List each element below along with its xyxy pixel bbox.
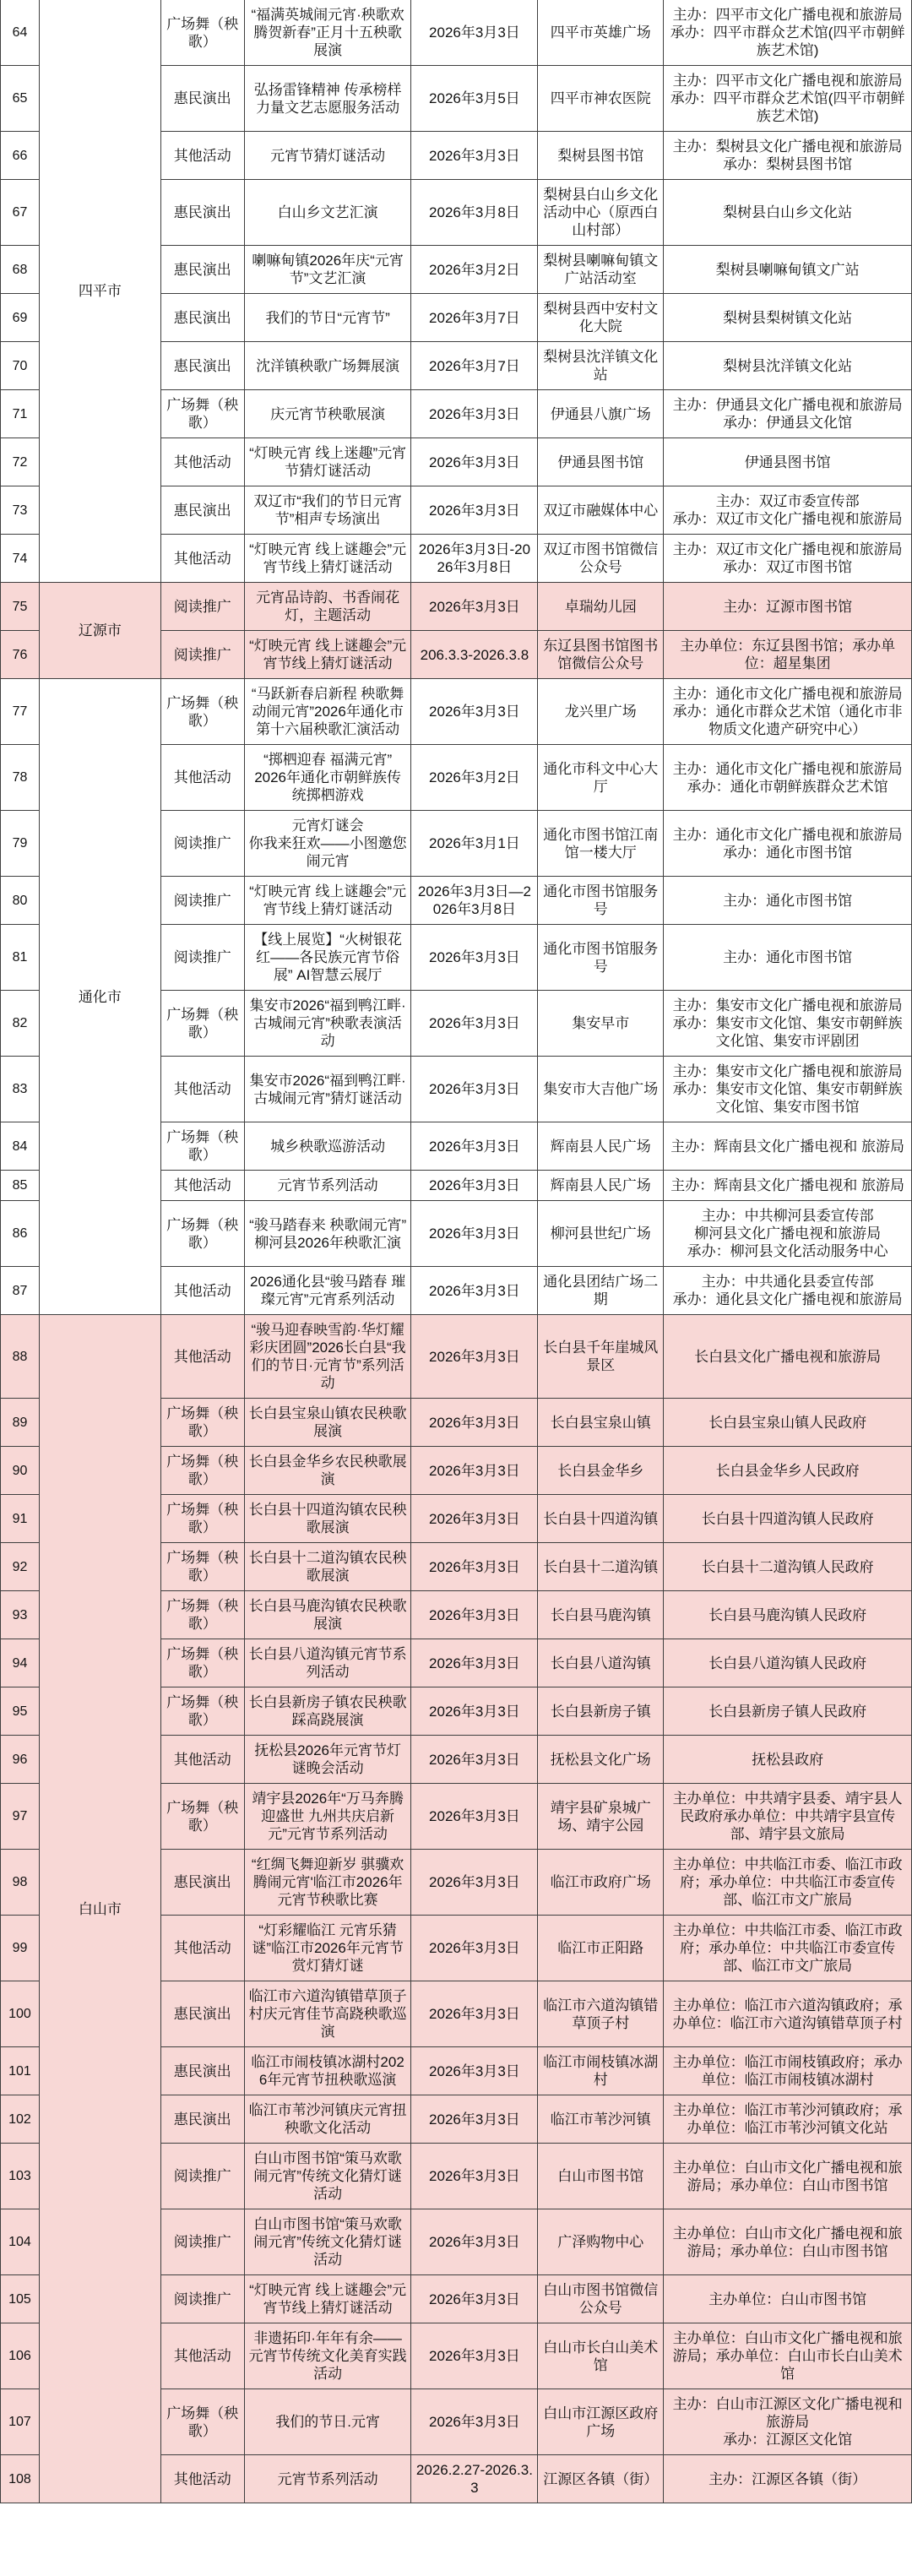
organizer-cell: 主办：集安市文化广播电视和旅游局 承办：集安市文化馆、集安市朝鲜族文化馆、集安市… bbox=[664, 1057, 912, 1122]
organizer-cell: 主办单位：临江市闹枝镇政府；承办单位：临江市闹枝镇冰湖村 bbox=[664, 2047, 912, 2095]
row-number-cell: 83 bbox=[1, 1057, 40, 1122]
date-cell: 2026.2.27-2026.3.3 bbox=[411, 2455, 538, 2503]
activity-type-cell: 广场舞（秧歌） bbox=[160, 1687, 244, 1736]
venue-cell: 白山市长白山美术馆 bbox=[538, 2323, 664, 2389]
organizer-cell: 梨树县沈洋镇文化站 bbox=[664, 342, 912, 390]
venue-cell: 伊通县八旗广场 bbox=[538, 390, 664, 438]
organizer-cell: 主办：辉南县文化广播电视和 旅游局 bbox=[664, 1171, 912, 1201]
organizer-cell: 主办单位：白山市文化广播电视和旅游局；承办单位：白山市图书馆 bbox=[664, 2209, 912, 2275]
organizer-cell: 主办：梨树县文化广播电视和旅游局 承办：梨树县图书馆 bbox=[664, 132, 912, 180]
activity-type-cell: 其他活动 bbox=[160, 1916, 244, 1981]
row-number-cell: 95 bbox=[1, 1687, 40, 1736]
table-row: 88白山市其他活动“骏马迎春映雪韵·华灯耀彩庆团圆”2026长白县“我们的节日·… bbox=[1, 1315, 912, 1399]
organizer-cell: 长白县八道沟镇人民政府 bbox=[664, 1639, 912, 1687]
organizer-cell: 长白县十四道沟镇人民政府 bbox=[664, 1495, 912, 1543]
events-table: 64四平市广场舞（秧歌）“福满英城闹元宵·秧歌欢腾贺新春”正月十五秧歌展演202… bbox=[0, 0, 912, 2503]
activity-name-cell: 长白县金华乡农民秧歌展演 bbox=[244, 1447, 411, 1495]
venue-cell: 白山市江源区政府广场 bbox=[538, 2389, 664, 2455]
table-row: 77通化市广场舞（秧歌）“马跃新春启新程 秧歌舞动闹元宵”2026年通化市第十六… bbox=[1, 679, 912, 745]
activity-name-cell: 弘扬雷锋精神 传承榜样力量文艺志愿服务活动 bbox=[244, 66, 411, 132]
venue-cell: 龙兴里广场 bbox=[538, 679, 664, 745]
activity-type-cell: 阅读推广 bbox=[160, 631, 244, 679]
activity-type-cell: 惠民演出 bbox=[160, 2047, 244, 2095]
row-number-cell: 71 bbox=[1, 390, 40, 438]
activity-name-cell: 我们的节日.元宵 bbox=[244, 2389, 411, 2455]
organizer-cell: 长白县金华乡人民政府 bbox=[664, 1447, 912, 1495]
organizer-cell: 主办：通化市文化广播电视和旅游局 承办：通化市朝鲜族群众艺术馆 bbox=[664, 745, 912, 811]
venue-cell: 集安市大吉他广场 bbox=[538, 1057, 664, 1122]
venue-cell: 抚松县文化广场 bbox=[538, 1736, 664, 1784]
date-cell: 2026年3月3日-2026年3月8日 bbox=[411, 535, 538, 583]
organizer-cell: 长白县马鹿沟镇人民政府 bbox=[664, 1591, 912, 1639]
page: 64四平市广场舞（秧歌）“福满英城闹元宵·秧歌欢腾贺新春”正月十五秧歌展演202… bbox=[0, 0, 912, 2576]
activity-type-cell: 其他活动 bbox=[160, 1267, 244, 1315]
organizer-cell: 主办：通化市文化广播电视和旅游局 承办：通化市图书馆 bbox=[664, 811, 912, 877]
city-cell: 辽源市 bbox=[39, 583, 160, 679]
date-cell: 2026年3月2日 bbox=[411, 745, 538, 811]
organizer-cell: 主办单位：临江市苇沙河镇政府；承办单位：临江市苇沙河镇文化站 bbox=[664, 2095, 912, 2144]
venue-cell: 梨树县西中安村文化大院 bbox=[538, 294, 664, 342]
venue-cell: 柳河县世纪广场 bbox=[538, 1201, 664, 1267]
venue-cell: 辉南县人民广场 bbox=[538, 1171, 664, 1201]
organizer-cell: 主办：通化市图书馆 bbox=[664, 925, 912, 991]
venue-cell: 江源区各镇（街） bbox=[538, 2455, 664, 2503]
activity-name-cell: 长白县十二道沟镇农民秧歌展演 bbox=[244, 1543, 411, 1591]
row-number-cell: 78 bbox=[1, 745, 40, 811]
organizer-cell: 主办单位：临江市六道沟镇政府；承办单位：临江市六道沟镇错草顶子村 bbox=[664, 1981, 912, 2047]
activity-name-cell: 长白县十四道沟镇农民秧歌展演 bbox=[244, 1495, 411, 1543]
venue-cell: 白山市图书馆 bbox=[538, 2144, 664, 2209]
organizer-cell: 主办单位：中共临江市委、临江市政府；承办单位：中共临江市委宣传部、临江市文广旅局 bbox=[664, 1850, 912, 1916]
activity-name-cell: 2026通化县“骏马踏春 璀璨元宵”元宵系列活动 bbox=[244, 1267, 411, 1315]
organizer-cell: 主办：四平市文化广播电视和旅游局 承办：四平市群众艺术馆(四平市朝鲜族艺术馆) bbox=[664, 0, 912, 66]
venue-cell: 靖宇县矿泉城广场、靖宇公园 bbox=[538, 1784, 664, 1850]
organizer-cell: 主办：辉南县文化广播电视和 旅游局 bbox=[664, 1122, 912, 1171]
organizer-cell: 主办：伊通县文化广播电视和旅游局 承办：伊通县文化馆 bbox=[664, 390, 912, 438]
activity-type-cell: 广场舞（秧歌） bbox=[160, 1201, 244, 1267]
venue-cell: 长白县马鹿沟镇 bbox=[538, 1591, 664, 1639]
activity-name-cell: “灯映元宵 线上谜趣会”元宵节线上猜灯谜活动 bbox=[244, 877, 411, 925]
date-cell: 2026年3月3日 bbox=[411, 1267, 538, 1315]
date-cell: 2026年3月3日—2026年3月8日 bbox=[411, 877, 538, 925]
date-cell: 2026年3月5日 bbox=[411, 66, 538, 132]
activity-type-cell: 广场舞（秧歌） bbox=[160, 991, 244, 1057]
city-cell: 通化市 bbox=[39, 679, 160, 1315]
date-cell: 2026年3月3日 bbox=[411, 1447, 538, 1495]
venue-cell: 广泽购物中心 bbox=[538, 2209, 664, 2275]
organizer-cell: 主办单位：白山市文化广播电视和旅游局；承办单位：白山市图书馆 bbox=[664, 2144, 912, 2209]
activity-type-cell: 广场舞（秧歌） bbox=[160, 1784, 244, 1850]
venue-cell: 长白县十二道沟镇 bbox=[538, 1543, 664, 1591]
row-number-cell: 98 bbox=[1, 1850, 40, 1916]
row-number-cell: 87 bbox=[1, 1267, 40, 1315]
date-cell: 2026年3月3日 bbox=[411, 925, 538, 991]
activity-type-cell: 其他活动 bbox=[160, 132, 244, 180]
venue-cell: 东辽县图书馆图书馆微信公众号 bbox=[538, 631, 664, 679]
date-cell: 2026年3月2日 bbox=[411, 246, 538, 294]
activity-type-cell: 阅读推广 bbox=[160, 2209, 244, 2275]
venue-cell: 长白县宝泉山镇 bbox=[538, 1399, 664, 1447]
venue-cell: 长白县千年崖城风景区 bbox=[538, 1315, 664, 1399]
venue-cell: 临江市政府广场 bbox=[538, 1850, 664, 1916]
date-cell: 2026年3月3日 bbox=[411, 2047, 538, 2095]
activity-name-cell: 喇嘛甸镇2026年庆“元宵节”文艺汇演 bbox=[244, 246, 411, 294]
row-number-cell: 76 bbox=[1, 631, 40, 679]
activity-name-cell: 临江市六道沟镇错草顶子村庆元宵佳节高跷秧歌巡演 bbox=[244, 1981, 411, 2047]
venue-cell: 临江市正阳路 bbox=[538, 1916, 664, 1981]
activity-name-cell: 元宵节猜灯谜活动 bbox=[244, 132, 411, 180]
city-cell: 四平市 bbox=[39, 0, 160, 583]
activity-type-cell: 广场舞（秧歌） bbox=[160, 1447, 244, 1495]
row-number-cell: 73 bbox=[1, 486, 40, 535]
table-row: 64四平市广场舞（秧歌）“福满英城闹元宵·秧歌欢腾贺新春”正月十五秧歌展演202… bbox=[1, 0, 912, 66]
activity-type-cell: 其他活动 bbox=[160, 1736, 244, 1784]
row-number-cell: 106 bbox=[1, 2323, 40, 2389]
organizer-cell: 主办：中共通化县委宣传部 承办：通化县文化广播电视和旅游局 bbox=[664, 1267, 912, 1315]
venue-cell: 梨树县图书馆 bbox=[538, 132, 664, 180]
row-number-cell: 75 bbox=[1, 583, 40, 631]
activity-type-cell: 惠民演出 bbox=[160, 1850, 244, 1916]
activity-type-cell: 其他活动 bbox=[160, 535, 244, 583]
organizer-cell: 主办：白山市江源区文化广播电视和旅游局 承办：江源区文化馆 bbox=[664, 2389, 912, 2455]
row-number-cell: 93 bbox=[1, 1591, 40, 1639]
activity-type-cell: 惠民演出 bbox=[160, 294, 244, 342]
activity-type-cell: 广场舞（秧歌） bbox=[160, 0, 244, 66]
venue-cell: 长白县新房子镇 bbox=[538, 1687, 664, 1736]
row-number-cell: 90 bbox=[1, 1447, 40, 1495]
venue-cell: 梨树县白山乡文化活动中心（原西白山村部） bbox=[538, 180, 664, 246]
venue-cell: 双辽市融媒体中心 bbox=[538, 486, 664, 535]
venue-cell: 通化县团结广场二期 bbox=[538, 1267, 664, 1315]
activity-name-cell: 长白县八道沟镇元宵节系列活动 bbox=[244, 1639, 411, 1687]
venue-cell: 通化市图书馆服务号 bbox=[538, 877, 664, 925]
activity-type-cell: 惠民演出 bbox=[160, 342, 244, 390]
activity-name-cell: 我们的节日“元宵节” bbox=[244, 294, 411, 342]
date-cell: 2026年3月3日 bbox=[411, 1784, 538, 1850]
venue-cell: 梨树县沈洋镇文化站 bbox=[538, 342, 664, 390]
organizer-cell: 主办：四平市文化广播电视和旅游局 承办：四平市群众艺术馆(四平市朝鲜族艺术馆) bbox=[664, 66, 912, 132]
activity-name-cell: 白山市图书馆“策马欢歌闹元宵”传统文化猜灯谜活动 bbox=[244, 2209, 411, 2275]
date-cell: 2026年3月3日 bbox=[411, 2275, 538, 2323]
row-number-cell: 68 bbox=[1, 246, 40, 294]
row-number-cell: 92 bbox=[1, 1543, 40, 1591]
venue-cell: 临江市闹枝镇冰湖村 bbox=[538, 2047, 664, 2095]
row-number-cell: 88 bbox=[1, 1315, 40, 1399]
row-number-cell: 91 bbox=[1, 1495, 40, 1543]
activity-name-cell: 元宵灯谜会 你我来狂欢——小图邀您闹元宵 bbox=[244, 811, 411, 877]
activity-type-cell: 其他活动 bbox=[160, 1171, 244, 1201]
venue-cell: 白山市图书馆微信公众号 bbox=[538, 2275, 664, 2323]
row-number-cell: 97 bbox=[1, 1784, 40, 1850]
row-number-cell: 80 bbox=[1, 877, 40, 925]
venue-cell: 长白县八道沟镇 bbox=[538, 1639, 664, 1687]
organizer-cell: 抚松县政府 bbox=[664, 1736, 912, 1784]
date-cell: 2026年3月3日 bbox=[411, 0, 538, 66]
row-number-cell: 79 bbox=[1, 811, 40, 877]
row-number-cell: 67 bbox=[1, 180, 40, 246]
organizer-cell: 主办单位：东辽县图书馆；承办单位：超星集团 bbox=[664, 631, 912, 679]
row-number-cell: 81 bbox=[1, 925, 40, 991]
activity-type-cell: 惠民演出 bbox=[160, 486, 244, 535]
date-cell: 2026年3月3日 bbox=[411, 1687, 538, 1736]
date-cell: 2026年3月3日 bbox=[411, 583, 538, 631]
organizer-cell: 主办单位：中共临江市委、临江市政府；承办单位：中共临江市委宣传部、临江市文广旅局 bbox=[664, 1916, 912, 1981]
activity-type-cell: 惠民演出 bbox=[160, 1981, 244, 2047]
activity-name-cell: 长白县宝泉山镇农民秧歌展演 bbox=[244, 1399, 411, 1447]
activity-name-cell: 白山市图书馆“策马欢歌闹元宵”传统文化猜灯谜活动 bbox=[244, 2144, 411, 2209]
date-cell: 2026年3月3日 bbox=[411, 1171, 538, 1201]
activity-name-cell: 集安市2026“福到鸭江畔·古城闹元宵”猜灯谜活动 bbox=[244, 1057, 411, 1122]
date-cell: 2026年3月3日 bbox=[411, 1850, 538, 1916]
date-cell: 2026年3月3日 bbox=[411, 1639, 538, 1687]
date-cell: 2026年3月3日 bbox=[411, 1591, 538, 1639]
activity-name-cell: “掷柶迎春 福满元宵” 2026年通化市朝鲜族传统掷柶游戏 bbox=[244, 745, 411, 811]
row-number-cell: 85 bbox=[1, 1171, 40, 1201]
organizer-cell: 主办：辽源市图书馆 bbox=[664, 583, 912, 631]
activity-name-cell: 靖宇县2026年“万马奔腾迎盛世 九州共庆启新元”元宵节系列活动 bbox=[244, 1784, 411, 1850]
row-number-cell: 66 bbox=[1, 132, 40, 180]
activity-name-cell: 双辽市“我们的节日元宵节”相声专场演出 bbox=[244, 486, 411, 535]
organizer-cell: 主办：通化市图书馆 bbox=[664, 877, 912, 925]
activity-type-cell: 其他活动 bbox=[160, 2323, 244, 2389]
organizer-cell: 主办：双辽市委宣传部 承办：双辽市文化广播电视和旅游局 bbox=[664, 486, 912, 535]
row-number-cell: 104 bbox=[1, 2209, 40, 2275]
venue-cell: 通化市图书馆江南馆一楼大厅 bbox=[538, 811, 664, 877]
activity-name-cell: 元宵节系列活动 bbox=[244, 2455, 411, 2503]
activity-name-cell: “骏马迎春映雪韵·华灯耀彩庆团圆”2026长白县“我们的节日·元宵节”系列活动 bbox=[244, 1315, 411, 1399]
row-number-cell: 64 bbox=[1, 0, 40, 66]
venue-cell: 卓瑞幼儿园 bbox=[538, 583, 664, 631]
venue-cell: 辉南县人民广场 bbox=[538, 1122, 664, 1171]
date-cell: 2026年3月1日 bbox=[411, 811, 538, 877]
table-row: 75辽源市阅读推广元宵品诗韵、书香闹花灯，主题活动2026年3月3日卓瑞幼儿园主… bbox=[1, 583, 912, 631]
activity-name-cell: 沈洋镇秧歌广场舞展演 bbox=[244, 342, 411, 390]
activity-type-cell: 其他活动 bbox=[160, 438, 244, 486]
activity-type-cell: 阅读推广 bbox=[160, 2144, 244, 2209]
date-cell: 2026年3月3日 bbox=[411, 1916, 538, 1981]
venue-cell: 四平市神农医院 bbox=[538, 66, 664, 132]
activity-type-cell: 惠民演出 bbox=[160, 66, 244, 132]
row-number-cell: 89 bbox=[1, 1399, 40, 1447]
date-cell: 2026年3月3日 bbox=[411, 1399, 538, 1447]
activity-name-cell: 长白县马鹿沟镇农民秧歌展演 bbox=[244, 1591, 411, 1639]
activity-name-cell: “灯映元宵 线上迷趣”元宵节猜灯谜活动 bbox=[244, 438, 411, 486]
activity-name-cell: “福满英城闹元宵·秧歌欢腾贺新春”正月十五秧歌展演 bbox=[244, 0, 411, 66]
date-cell: 2026年3月7日 bbox=[411, 294, 538, 342]
activity-name-cell: “骏马踏春来 秧歌闹元宵” 柳河县2026年秧歌汇演 bbox=[244, 1201, 411, 1267]
activity-type-cell: 其他活动 bbox=[160, 1315, 244, 1399]
date-cell: 2026年3月3日 bbox=[411, 1201, 538, 1267]
date-cell: 2026年3月3日 bbox=[411, 2323, 538, 2389]
date-cell: 206.3.3-2026.3.8 bbox=[411, 631, 538, 679]
organizer-cell: 梨树县白山乡文化站 bbox=[664, 180, 912, 246]
activity-name-cell: 临江市苇沙河镇庆元宵扭秧歌文化活动 bbox=[244, 2095, 411, 2144]
date-cell: 2026年3月3日 bbox=[411, 486, 538, 535]
activity-type-cell: 广场舞（秧歌） bbox=[160, 1399, 244, 1447]
date-cell: 2026年3月3日 bbox=[411, 1981, 538, 2047]
activity-type-cell: 广场舞（秧歌） bbox=[160, 1122, 244, 1171]
activity-type-cell: 广场舞（秧歌） bbox=[160, 1591, 244, 1639]
row-number-cell: 105 bbox=[1, 2275, 40, 2323]
activity-name-cell: 非遗拓印·年年有余——元宵节传统文化美育实践活动 bbox=[244, 2323, 411, 2389]
date-cell: 2026年3月8日 bbox=[411, 180, 538, 246]
date-cell: 2026年3月3日 bbox=[411, 1315, 538, 1399]
venue-cell: 集安早市 bbox=[538, 991, 664, 1057]
activity-name-cell: 【线上展览】“火树银花红——各民族元宵节俗展” AI智慧云展厅 bbox=[244, 925, 411, 991]
date-cell: 2026年3月3日 bbox=[411, 438, 538, 486]
row-number-cell: 65 bbox=[1, 66, 40, 132]
date-cell: 2026年3月3日 bbox=[411, 390, 538, 438]
venue-cell: 通化市图书馆服务号 bbox=[538, 925, 664, 991]
venue-cell: 梨树县喇嘛甸镇文广站活动室 bbox=[538, 246, 664, 294]
organizer-cell: 主办单位：白山市图书馆 bbox=[664, 2275, 912, 2323]
date-cell: 2026年3月3日 bbox=[411, 991, 538, 1057]
organizer-cell: 长白县新房子镇人民政府 bbox=[664, 1687, 912, 1736]
venue-cell: 伊通县图书馆 bbox=[538, 438, 664, 486]
organizer-cell: 长白县文化广播电视和旅游局 bbox=[664, 1315, 912, 1399]
organizer-cell: 梨树县喇嘛甸镇文广站 bbox=[664, 246, 912, 294]
activity-type-cell: 广场舞（秧歌） bbox=[160, 2389, 244, 2455]
organizer-cell: 长白县宝泉山镇人民政府 bbox=[664, 1399, 912, 1447]
row-number-cell: 101 bbox=[1, 2047, 40, 2095]
activity-type-cell: 广场舞（秧歌） bbox=[160, 390, 244, 438]
activity-type-cell: 其他活动 bbox=[160, 2455, 244, 2503]
organizer-cell: 主办：集安市文化广播电视和旅游局 承办：集安市文化馆、集安市朝鲜族文化馆、集安市… bbox=[664, 991, 912, 1057]
date-cell: 2026年3月3日 bbox=[411, 2144, 538, 2209]
activity-name-cell: 临江市闹枝镇冰湖村2026年元宵节扭秧歌巡演 bbox=[244, 2047, 411, 2095]
venue-cell: 通化市科文中心大厅 bbox=[538, 745, 664, 811]
activity-name-cell: 长白县新房子镇农民秧歌踩高跷展演 bbox=[244, 1687, 411, 1736]
organizer-cell: 主办：通化市文化广播电视和旅游局 承办：通化市群众艺术馆（通化市非物质文化遗产研… bbox=[664, 679, 912, 745]
date-cell: 2026年3月3日 bbox=[411, 2209, 538, 2275]
activity-type-cell: 其他活动 bbox=[160, 1057, 244, 1122]
city-cell: 白山市 bbox=[39, 1315, 160, 2503]
activity-name-cell: 庆元宵节秧歌展演 bbox=[244, 390, 411, 438]
organizer-cell: 长白县十二道沟镇人民政府 bbox=[664, 1543, 912, 1591]
row-number-cell: 107 bbox=[1, 2389, 40, 2455]
date-cell: 2026年3月7日 bbox=[411, 342, 538, 390]
activity-type-cell: 广场舞（秧歌） bbox=[160, 1495, 244, 1543]
organizer-cell: 主办单位：白山市文化广播电视和旅游局；承办单位：白山市长白山美术馆 bbox=[664, 2323, 912, 2389]
activity-name-cell: “灯彩耀临江 元宵乐猜谜”临江市2026年元宵节赏灯猜灯谜 bbox=[244, 1916, 411, 1981]
activity-type-cell: 阅读推广 bbox=[160, 583, 244, 631]
activity-name-cell: “灯映元宵 线上谜趣会”元宵节线上猜灯谜活动 bbox=[244, 535, 411, 583]
row-number-cell: 99 bbox=[1, 1916, 40, 1981]
row-number-cell: 69 bbox=[1, 294, 40, 342]
row-number-cell: 72 bbox=[1, 438, 40, 486]
organizer-cell: 梨树县梨树镇文化站 bbox=[664, 294, 912, 342]
date-cell: 2026年3月3日 bbox=[411, 1122, 538, 1171]
row-number-cell: 100 bbox=[1, 1981, 40, 2047]
activity-name-cell: 城乡秧歌巡游活动 bbox=[244, 1122, 411, 1171]
organizer-cell: 主办单位：中共靖宇县委、靖宇县人民政府承办单位：中共靖宇县宣传部、靖宇县文旅局 bbox=[664, 1784, 912, 1850]
activity-name-cell: 抚松县2026年元宵节灯谜晚会活动 bbox=[244, 1736, 411, 1784]
activity-name-cell: “灯映元宵 线上谜趣会”元宵节线上猜灯谜活动 bbox=[244, 2275, 411, 2323]
date-cell: 2026年3月3日 bbox=[411, 679, 538, 745]
row-number-cell: 70 bbox=[1, 342, 40, 390]
venue-cell: 长白县十四道沟镇 bbox=[538, 1495, 664, 1543]
activity-type-cell: 广场舞（秧歌） bbox=[160, 1639, 244, 1687]
activity-type-cell: 阅读推广 bbox=[160, 811, 244, 877]
date-cell: 2026年3月3日 bbox=[411, 1543, 538, 1591]
row-number-cell: 102 bbox=[1, 2095, 40, 2144]
activity-name-cell: 元宵品诗韵、书香闹花灯，主题活动 bbox=[244, 583, 411, 631]
row-number-cell: 108 bbox=[1, 2455, 40, 2503]
organizer-cell: 主办：双辽市文化广播电视和旅游局 承办：双辽市图书馆 bbox=[664, 535, 912, 583]
activity-type-cell: 惠民演出 bbox=[160, 246, 244, 294]
activity-type-cell: 惠民演出 bbox=[160, 180, 244, 246]
venue-cell: 四平市英雄广场 bbox=[538, 0, 664, 66]
activity-type-cell: 阅读推广 bbox=[160, 2275, 244, 2323]
activity-name-cell: 白山乡文艺汇演 bbox=[244, 180, 411, 246]
date-cell: 2026年3月3日 bbox=[411, 2095, 538, 2144]
activity-type-cell: 惠民演出 bbox=[160, 2095, 244, 2144]
events-table-body: 64四平市广场舞（秧歌）“福满英城闹元宵·秧歌欢腾贺新春”正月十五秧歌展演202… bbox=[1, 0, 912, 2503]
activity-name-cell: 元宵节系列活动 bbox=[244, 1171, 411, 1201]
organizer-cell: 伊通县图书馆 bbox=[664, 438, 912, 486]
activity-name-cell: 集安市2026“福到鸭江畔·古城闹元宵”秧歌表演活动 bbox=[244, 991, 411, 1057]
row-number-cell: 94 bbox=[1, 1639, 40, 1687]
activity-name-cell: “红绸飞舞迎新岁 骐骥欢腾闹元宵'临江市2026年元宵节秧歌比赛 bbox=[244, 1850, 411, 1916]
activity-type-cell: 广场舞（秧歌） bbox=[160, 1543, 244, 1591]
date-cell: 2026年3月3日 bbox=[411, 1736, 538, 1784]
row-number-cell: 84 bbox=[1, 1122, 40, 1171]
row-number-cell: 82 bbox=[1, 991, 40, 1057]
organizer-cell: 主办：中共柳河县委宣传部 柳河县文化广播电视和旅游局 承办：柳河县文化活动服务中… bbox=[664, 1201, 912, 1267]
row-number-cell: 86 bbox=[1, 1201, 40, 1267]
row-number-cell: 96 bbox=[1, 1736, 40, 1784]
date-cell: 2026年3月3日 bbox=[411, 132, 538, 180]
activity-type-cell: 阅读推广 bbox=[160, 925, 244, 991]
row-number-cell: 103 bbox=[1, 2144, 40, 2209]
activity-name-cell: “灯映元宵 线上谜趣会”元宵节线上猜灯谜活动 bbox=[244, 631, 411, 679]
date-cell: 2026年3月3日 bbox=[411, 1057, 538, 1122]
activity-name-cell: “马跃新春启新程 秧歌舞动闹元宵”2026年通化市第十六届秧歌汇演活动 bbox=[244, 679, 411, 745]
date-cell: 2026年3月3日 bbox=[411, 1495, 538, 1543]
venue-cell: 临江市苇沙河镇 bbox=[538, 2095, 664, 2144]
activity-type-cell: 其他活动 bbox=[160, 745, 244, 811]
date-cell: 2026年3月3日 bbox=[411, 2389, 538, 2455]
organizer-cell: 主办：江源区各镇（街） bbox=[664, 2455, 912, 2503]
venue-cell: 双辽市图书馆微信公众号 bbox=[538, 535, 664, 583]
venue-cell: 长白县金华乡 bbox=[538, 1447, 664, 1495]
venue-cell: 临江市六道沟镇错草顶子村 bbox=[538, 1981, 664, 2047]
row-number-cell: 74 bbox=[1, 535, 40, 583]
row-number-cell: 77 bbox=[1, 679, 40, 745]
activity-type-cell: 广场舞（秧歌） bbox=[160, 679, 244, 745]
activity-type-cell: 阅读推广 bbox=[160, 877, 244, 925]
